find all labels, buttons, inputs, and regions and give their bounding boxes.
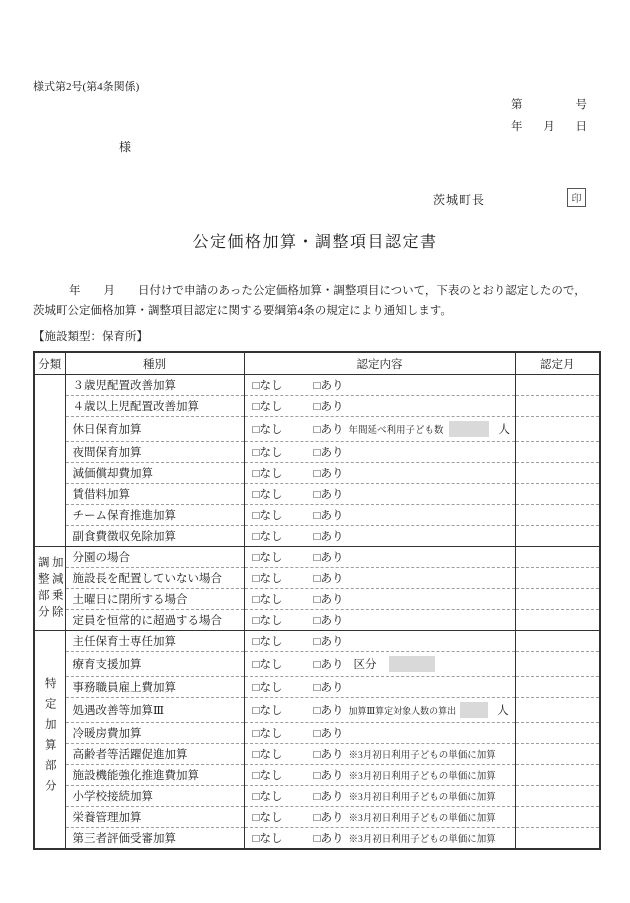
table-row: ３歳児配置改善加算 □なし □あり [34,375,600,396]
date-line: 年 月 日 [511,118,587,134]
date-day-label: 日 [576,118,588,134]
row-label: 土曜日に閉所する場合 [65,589,244,610]
checkbox-nashi[interactable]: □なし [253,570,314,586]
checkbox-nashi[interactable]: □なし [253,830,314,846]
row-note: ※3月初日利用子どもの単価に加算 [348,768,495,782]
certification-month-cell[interactable] [515,631,600,652]
category-cell-specific: 特定加算部分 [34,631,65,850]
row-note: ※3月初日利用子どもの単価に加算 [348,747,495,761]
certification-month-cell[interactable] [515,828,600,850]
checkbox-ari[interactable]: □あり [314,528,344,544]
table-row: 施設機能強化推進費加算 □なし □あり ※3月初日利用子どもの単価に加算 [34,765,600,786]
table-row: 冷暖房費加算 □なし □あり [34,723,600,744]
certification-month-cell[interactable] [515,677,600,698]
checkbox-nashi[interactable]: □なし [253,746,314,762]
table-row: 特定加算部分 主任保育士専任加算 □なし □あり [34,631,600,652]
table-row: 賃借料加算 □なし □あり [34,484,600,505]
table-row: 事務職員雇上費加算 □なし □あり [34,677,600,698]
certification-month-cell[interactable] [515,652,600,677]
category-adjustment-sublabel: 加減乗除 [50,556,64,622]
certification-month-cell[interactable] [515,786,600,807]
row-label: 処遇改善等加算Ⅲ [65,698,244,723]
row-label: 分園の場合 [65,547,244,568]
body-paragraph: 年 月 日付けで申請のあった公定価格加算・調整項目について，下表のとおり認定した… [33,281,601,321]
table-row: 夜間保育加算 □なし □あり [34,442,600,463]
category-cell-empty [34,375,65,547]
row-note: ※3月初日利用子どもの単価に加算 [348,789,495,803]
checkbox-nashi[interactable]: □なし [253,465,314,481]
table-header-row: 分類 種別 認定内容 認定月 [34,352,600,375]
annual-children-count-field[interactable] [449,421,489,437]
checkbox-nashi[interactable]: □なし [253,398,314,414]
row-label: 定員を恒常的に超過する場合 [65,610,244,631]
table-row: 処遇改善等加算Ⅲ □なし □あり 加算Ⅲ算定対象人数の算出 人 [34,698,600,723]
row-label: 事務職員雇上費加算 [65,677,244,698]
addressee-suffix: 様 [119,138,131,155]
certification-month-cell[interactable] [515,526,600,547]
checkbox-nashi[interactable]: □なし [253,725,314,741]
certification-month-cell[interactable] [515,744,600,765]
certification-table: 分類 種別 認定内容 認定月 ３歳児配置改善加算 □なし □あり [33,351,601,850]
checkbox-ari[interactable]: □あり [314,809,344,825]
certification-month-cell[interactable] [515,463,600,484]
table-row: 療育支援加算 □なし □あり 区分 [34,652,600,677]
checkbox-nashi[interactable]: □なし [253,656,314,672]
checkbox-ari[interactable]: □あり [314,633,344,649]
certification-month-cell[interactable] [515,610,600,631]
body-line-1: 年 月 日付けで申請のあった公定価格加算・調整項目について，下表のとおり認定した… [33,281,601,301]
row-label: チーム保育推進加算 [65,505,244,526]
checkbox-nashi[interactable]: □なし [253,679,314,695]
certification-month-cell[interactable] [515,723,600,744]
checkbox-ari[interactable]: □あり [314,377,344,393]
checkbox-ari[interactable]: □あり [314,549,344,565]
checkbox-ari[interactable]: □あり [314,465,344,481]
certification-month-cell[interactable] [515,807,600,828]
certification-month-cell[interactable] [515,505,600,526]
checkbox-nashi[interactable]: □なし [253,633,314,649]
checkbox-nashi[interactable]: □なし [253,809,314,825]
row-note: 年間延べ利用子ども数 [348,422,443,436]
document-title: 公定価格加算・調整項目認定書 [0,229,630,252]
table-row: 第三者評価受審加算 □なし □あり ※3月初日利用子どもの単価に加算 [34,828,600,850]
table-row: 栄養管理加算 □なし □あり ※3月初日利用子どもの単価に加算 [34,807,600,828]
checkbox-ari[interactable]: □あり [314,767,344,783]
checkbox-nashi[interactable]: □なし [253,702,314,718]
table-row: 施設長を配置していない場合 □なし □あり [34,568,600,589]
row-label: 冷暖房費加算 [65,723,244,744]
row-label: 高齢者等活躍促進加算 [65,744,244,765]
certification-month-cell[interactable] [515,547,600,568]
row-label: ３歳児配置改善加算 [65,375,244,396]
row-label: 小学校接続加算 [65,786,244,807]
column-header-category: 分類 [34,352,65,375]
doc-number-prefix: 第 [511,96,523,112]
certification-month-cell[interactable] [515,698,600,723]
date-month-label: 月 [543,118,555,134]
checkbox-nashi[interactable]: □なし [253,421,314,437]
column-header-content: 認定内容 [244,352,515,375]
certification-month-cell[interactable] [515,765,600,786]
row-note: ※3月初日利用子どもの単価に加算 [348,810,495,824]
unit-label: 人 [497,702,509,718]
body-line-2: 茨城町公定価格加算・調整項目認定に関する要綱第4条の規定により通知します。 [33,301,601,321]
category-specific-label: 特定加算部分 [43,677,57,800]
unit-label: 人 [498,421,510,437]
certification-month-cell[interactable] [515,396,600,417]
table-row: 減価償却費加算 □なし □あり [34,463,600,484]
table-row: 副食費徴収免除加算 □なし □あり [34,526,600,547]
table-row: ４歳以上児配置改善加算 □なし □あり [34,396,600,417]
row-label: 賃借料加算 [65,484,244,505]
checkbox-ari[interactable]: □あり [314,507,344,523]
row-label: 栄養管理加算 [65,807,244,828]
document-number-line: 第 号 [511,96,587,112]
checkbox-ari[interactable]: □あり [314,788,344,804]
form-number-label: 様式第2号(第4条関係) [33,78,139,94]
certification-month-cell[interactable] [515,375,600,396]
table-row: 土曜日に閉所する場合 □なし □あり [34,589,600,610]
certification-month-cell[interactable] [515,417,600,442]
category-adjustment-label: 調整部分 [36,556,50,622]
row-label: 夜間保育加算 [65,442,244,463]
column-header-month: 認定月 [515,352,600,375]
checkbox-ari[interactable]: □あり [314,746,344,762]
seal-box: 印 [567,188,586,207]
checkbox-ari[interactable]: □あり [314,421,344,437]
row-label: 副食費徴収免除加算 [65,526,244,547]
date-year-label: 年 [511,118,523,134]
row-note: 区分 [353,656,376,672]
checkbox-ari[interactable]: □あり [314,486,344,502]
table-row: 休日保育加算 □なし □あり 年間延べ利用子ども数 人 [34,417,600,442]
row-label: 第三者評価受審加算 [65,828,244,850]
row-note: ※3月初日利用子どもの単価に加算 [348,831,495,845]
checkbox-ari[interactable]: □あり [314,591,344,607]
checkbox-nashi[interactable]: □なし [253,767,314,783]
checkbox-ari[interactable]: □あり [314,702,344,718]
checkbox-nashi[interactable]: □なし [253,549,314,565]
checkbox-ari[interactable]: □あり [314,830,344,846]
row-note: 加算Ⅲ算定対象人数の算出 [348,704,456,717]
checkbox-nashi[interactable]: □なし [253,788,314,804]
checkbox-ari[interactable]: □あり [314,612,344,628]
certification-month-cell[interactable] [515,568,600,589]
row-label: 施設長を配置していない場合 [65,568,244,589]
checkbox-ari[interactable]: □あり [314,656,344,672]
certification-month-cell[interactable] [515,484,600,505]
checkbox-ari[interactable]: □あり [314,725,344,741]
checkbox-nashi[interactable]: □なし [253,444,314,460]
checkbox-nashi[interactable]: □なし [253,591,314,607]
checkbox-ari[interactable]: □あり [314,570,344,586]
checkbox-nashi[interactable]: □なし [253,507,314,523]
checkbox-ari[interactable]: □あり [314,444,344,460]
sender-title: 茨城町長 [433,191,485,208]
row-label: 療育支援加算 [65,652,244,677]
doc-number-suffix: 号 [576,96,588,112]
table-row: 小学校接続加算 □なし □あり ※3月初日利用子どもの単価に加算 [34,786,600,807]
row-label: 施設機能強化推進費加算 [65,765,244,786]
category-cell-adjustment: 調整部分 加減乗除 [34,547,65,631]
certification-month-cell[interactable] [515,589,600,610]
facility-type-label: 【施設類型：保育所】 [33,328,148,344]
table-row: チーム保育推進加算 □なし □あり [34,505,600,526]
row-label: 減価償却費加算 [65,463,244,484]
table-row: 調整部分 加減乗除 分園の場合 □なし □あり [34,547,600,568]
checkbox-ari[interactable]: □あり [314,679,344,695]
certification-month-cell[interactable] [515,442,600,463]
document-page: 様式第2号(第4条関係) 第 号 年 月 日 様 茨城町長 印 公定価格加算・調… [0,0,630,903]
table-row: 定員を恒常的に超過する場合 □なし □あり [34,610,600,631]
row-label: 主任保育士専任加算 [65,631,244,652]
addition3-count-field[interactable] [460,702,488,718]
checkbox-nashi[interactable]: □なし [253,528,314,544]
column-header-type: 種別 [65,352,244,375]
checkbox-ari[interactable]: □あり [314,398,344,414]
table-row: 高齢者等活躍促進加算 □なし □あり ※3月初日利用子どもの単価に加算 [34,744,600,765]
checkbox-nashi[interactable]: □なし [253,612,314,628]
checkbox-nashi[interactable]: □なし [253,486,314,502]
checkbox-nashi[interactable]: □なし [253,377,314,393]
row-label: 休日保育加算 [65,417,244,442]
row-label: ４歳以上児配置改善加算 [65,396,244,417]
category-classification-field[interactable] [389,656,435,672]
